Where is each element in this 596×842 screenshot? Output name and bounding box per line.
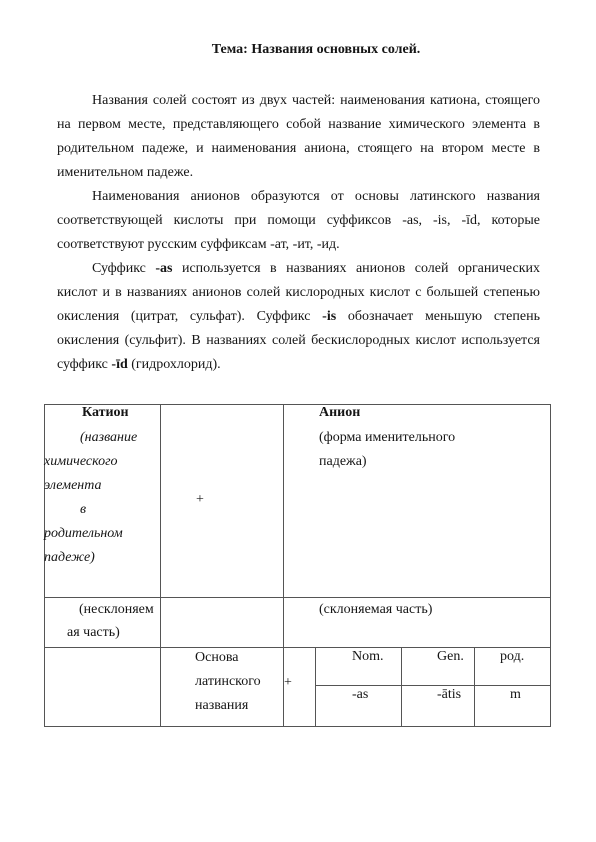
text-run: Наименования анионов образуются от основ… <box>92 189 540 204</box>
suffix-highlight: -is <box>322 309 336 324</box>
indeclinable-part-line: (несклоняем <box>79 598 154 622</box>
paragraph-line: родительном падеже, и наименования анион… <box>57 137 540 161</box>
value-gender: m <box>510 683 521 707</box>
text-run: суффикс <box>57 357 111 372</box>
document-page: Тема: Названия основных солей. Названия … <box>0 0 596 842</box>
paragraph-line: соответствуют русским суффиксам -ат, -ит… <box>57 233 540 257</box>
cation-description-line: падеже) <box>44 546 95 570</box>
text-run: используется в названиях анионов солей о… <box>172 261 540 276</box>
cell-empty <box>44 647 161 727</box>
anion-heading: Анион <box>319 401 360 425</box>
body-text: Названия солей состоят из двух частей: н… <box>57 89 540 377</box>
header-gender: род. <box>500 645 524 669</box>
cation-description-line: в <box>80 498 86 522</box>
plus-sign: + <box>196 488 204 512</box>
cation-description-line: химического <box>44 450 118 474</box>
cation-heading: Катион <box>82 401 129 425</box>
text-run: родительном падеже, и наименования анион… <box>57 141 540 156</box>
header-genitive: Gen. <box>437 645 464 669</box>
declinable-part: (склоняемая часть) <box>319 598 432 622</box>
cation-description-line: (название <box>80 426 137 450</box>
paragraph-line: Названия солей состоят из двух частей: н… <box>57 89 540 113</box>
text-run: Названия солей состоят из двух частей: н… <box>92 93 540 108</box>
cation-description-line: родительном <box>44 522 123 546</box>
stem-line: латинского <box>195 670 261 694</box>
text-run: кислот и в названиях анионов солей кисло… <box>57 285 540 300</box>
paragraph-line: окисления (цитрат, сульфат). Суффикс -is… <box>57 305 540 329</box>
paragraph-line: соответствующей кислоты при помощи суффи… <box>57 209 540 233</box>
paragraph-line: Суффикс -as используется в названиях ани… <box>57 257 540 281</box>
text-run: соответствующей кислоты при помощи суффи… <box>57 213 540 228</box>
value-genitive: -ātis <box>437 683 461 707</box>
paragraph-line: окисления (сульфит). В названиях солей б… <box>57 329 540 353</box>
value-nominative: -as <box>352 683 368 707</box>
text-run: на первом месте, представляющего собой н… <box>57 117 540 132</box>
paragraph-line: суффикс -īd (гидрохлорид). <box>57 353 540 377</box>
text-run: окисления (сульфит). В названиях солей б… <box>57 333 540 348</box>
paragraph-line: именительном падеже. <box>57 161 540 185</box>
text-run: обозначает меньшую степень <box>336 309 540 324</box>
paragraph-line: на первом месте, представляющего собой н… <box>57 113 540 137</box>
text-run: Суффикс <box>92 261 155 276</box>
text-run: (гидрохлорид). <box>128 357 221 372</box>
stem-line: Основа <box>195 646 238 670</box>
cation-description-line: элемента <box>44 474 102 498</box>
stem-line: названия <box>195 694 248 718</box>
indeclinable-part-line: ая часть) <box>67 621 120 645</box>
text-run: окисления (цитрат, сульфат). Суффикс <box>57 309 322 324</box>
suffix-highlight: -as <box>155 261 172 276</box>
text-run: именительном падеже. <box>57 165 193 180</box>
cell-empty <box>160 597 284 648</box>
paragraph-line: Наименования анионов образуются от основ… <box>57 185 540 209</box>
paragraph-line: кислот и в названиях анионов солей кисло… <box>57 281 540 305</box>
header-nominative: Nom. <box>352 645 384 669</box>
page-title: Тема: Названия основных солей. <box>92 38 540 62</box>
cell-plus <box>160 404 284 598</box>
anion-description-line: падежа) <box>319 450 367 474</box>
text-run: соответствуют русским суффиксам -ат, -ит… <box>57 237 340 252</box>
plus-sign-2: + <box>284 671 292 695</box>
suffix-highlight: -īd <box>111 357 127 372</box>
anion-description-line: (форма именительного <box>319 426 455 450</box>
